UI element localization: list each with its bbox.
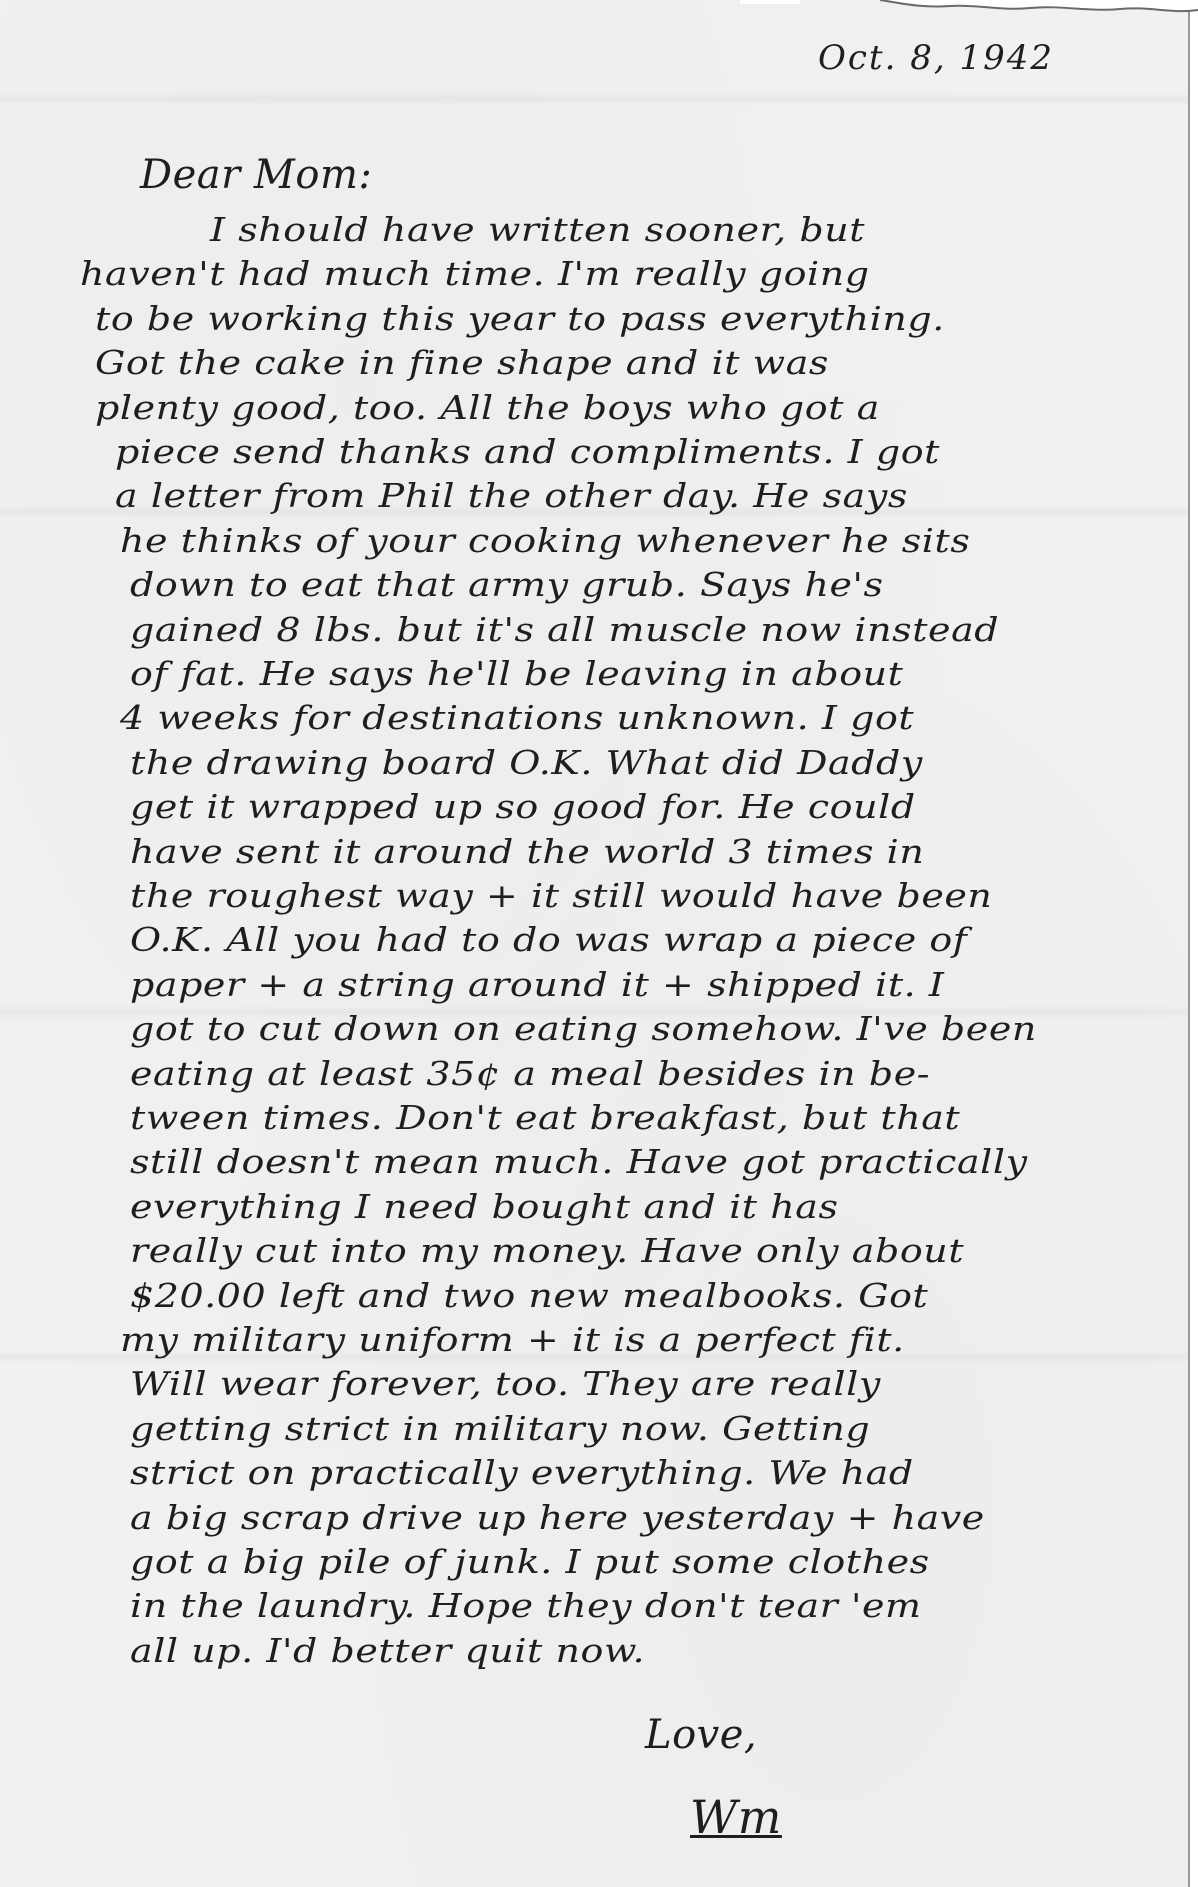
torn-top-edge xyxy=(0,0,1198,30)
letter-line: still doesn't mean much. Have got practi… xyxy=(130,1142,1028,1181)
letter-line: get it wrapped up so good for. He could xyxy=(130,787,916,826)
letter-line: paper + a string around it + shipped it.… xyxy=(130,965,945,1004)
letter-line: tween times. Don't eat breakfast, but th… xyxy=(130,1098,960,1137)
letter-line: 4 weeks for destinations unknown. I got xyxy=(120,698,914,737)
letter-line: eating at least 35¢ a meal besides in be… xyxy=(130,1054,930,1093)
signature: Wm xyxy=(690,1790,782,1844)
letter-page: Oct. 8, 1942 Dear Mom: I should have wri… xyxy=(0,0,1190,1887)
letter-line: of fat. He says he'll be leaving in abou… xyxy=(130,654,903,693)
letter-line: down to eat that army grub. Says he's xyxy=(130,565,884,604)
letter-line: all up. I'd better quit now. xyxy=(130,1631,645,1670)
letter-line: a letter from Phil the other day. He say… xyxy=(115,476,908,515)
letter-line: plenty good, too. All the boys who got a xyxy=(95,388,880,427)
letter-line: to be working this year to pass everythi… xyxy=(95,299,945,338)
letter-line: in the laundry. Hope they don't tear 'em xyxy=(130,1586,922,1625)
letter-line: my military uniform + it is a perfect fi… xyxy=(120,1320,905,1359)
letter-line: the drawing board O.K. What did Daddy xyxy=(130,743,923,782)
letter-line: have sent it around the world 3 times in xyxy=(130,832,924,871)
letter-date: Oct. 8, 1942 xyxy=(818,38,1054,78)
salutation: Dear Mom: xyxy=(140,152,372,198)
letter-line: really cut into my money. Have only abou… xyxy=(130,1231,964,1270)
letter-line: a big scrap drive up here yesterday + ha… xyxy=(130,1498,985,1537)
letter-line: I should have written sooner, but xyxy=(210,210,865,249)
letter-line: getting strict in military now. Getting xyxy=(130,1409,870,1448)
letter-line: haven't had much time. I'm really going xyxy=(80,254,870,293)
letter-line: got to cut down on eating somehow. I've … xyxy=(130,1009,1037,1048)
letter-line: he thinks of your cooking whenever he si… xyxy=(120,521,970,560)
letter-line: O.K. All you had to do was wrap a piece … xyxy=(130,920,967,959)
letter-line: Will wear forever, too. They are really xyxy=(130,1364,881,1403)
letter-line: Got the cake in fine shape and it was xyxy=(95,343,829,382)
closing: Love, xyxy=(645,1712,757,1758)
letter-line: strict on practically everything. We had xyxy=(130,1453,914,1492)
letter-line: gained 8 lbs. but it's all muscle now in… xyxy=(130,610,999,649)
letter-line: piece send thanks and compliments. I got xyxy=(115,432,940,471)
letter-line: everything I need bought and it has xyxy=(130,1187,839,1226)
letter-line: the roughest way + it still would have b… xyxy=(130,876,992,915)
letter-line: got a big pile of junk. I put some cloth… xyxy=(130,1542,930,1581)
letter-line: $20.00 left and two new mealbooks. Got xyxy=(130,1276,928,1315)
